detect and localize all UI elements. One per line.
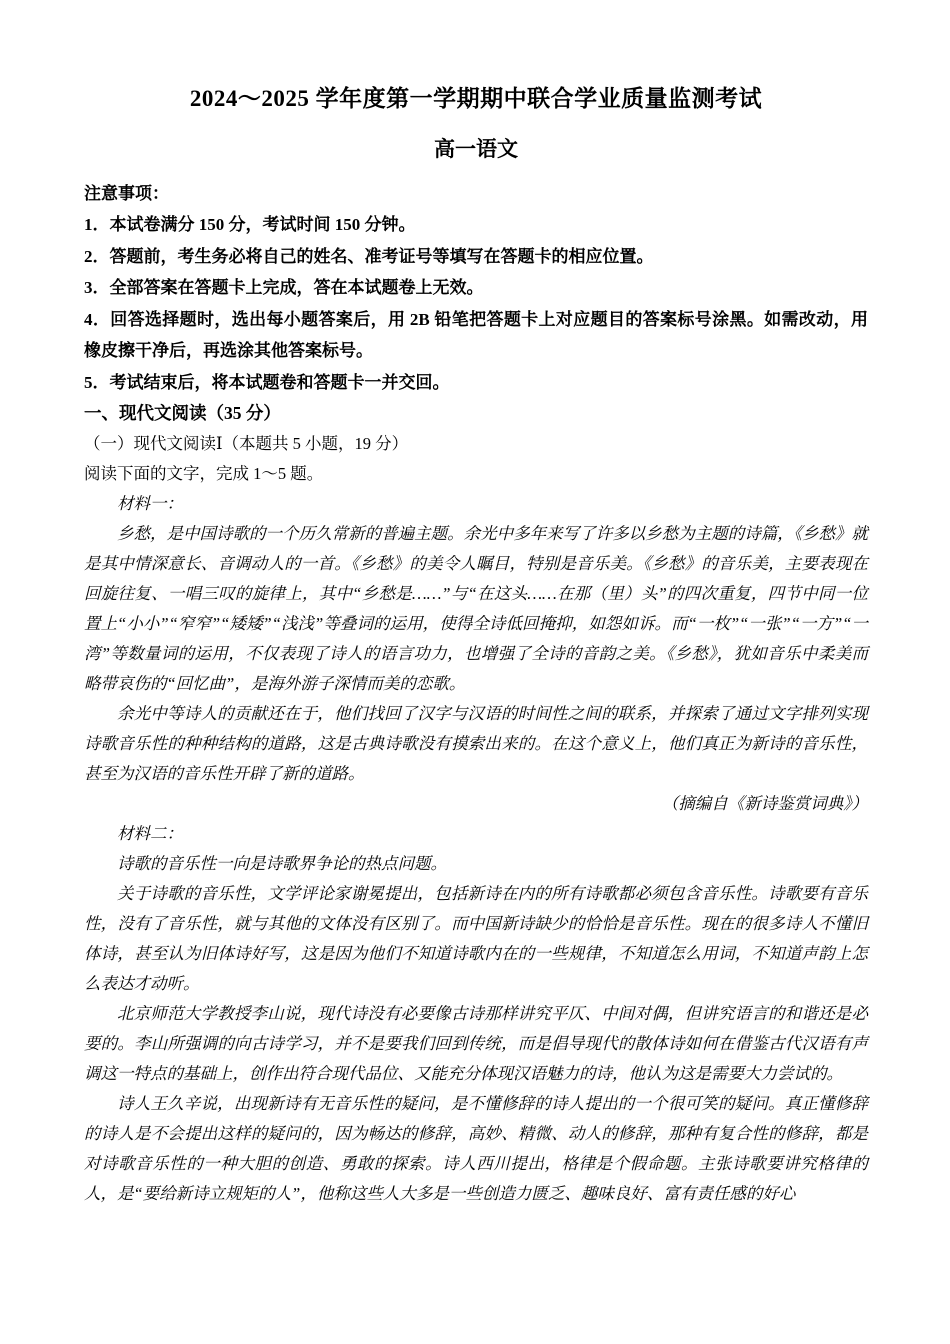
material-2-paragraph: 北京师范大学教授李山说，现代诗没有必要像古诗那样讲究平仄、中间对偶，但讲究语言的… [84, 999, 868, 1089]
notice-item-3: 3．全部答案在答题卡上完成，答在本试题卷上无效。 [84, 272, 868, 304]
notice-item-5: 5．考试结束后，将本试题卷和答题卡一并交回。 [84, 367, 868, 399]
material-2-paragraph: 关于诗歌的音乐性，文学评论家谢冕提出，包括新诗在内的所有诗歌都必须包含音乐性。诗… [84, 879, 868, 999]
notice-item-4: 4．回答选择题时，选出每小题答案后，用 2B 铅笔把答题卡上对应题目的答案标号涂… [84, 304, 868, 367]
material-1-source: （摘编自《新诗鉴赏词典》） [84, 789, 868, 819]
material-1-paragraph: 乡愁，是中国诗歌的一个历久常新的普遍主题。余光中多年来写了许多以乡愁为主题的诗篇… [84, 519, 868, 699]
material-1-paragraph: 余光中等诗人的贡献还在于，他们找回了汉字与汉语的时间性之间的联系，并探索了通过文… [84, 699, 868, 789]
material-2-label: 材料二： [84, 819, 868, 849]
section-modern-reading: 一、现代文阅读（35 分） （一）现代文阅读Ⅰ（本题共 5 小题，19 分） 阅… [84, 398, 868, 489]
material-2-paragraph: 诗人王久辛说，出现新诗有无音乐性的疑问，是不懂修辞的诗人提出的一个很可笑的疑问。… [84, 1089, 868, 1209]
reading-instruction: 阅读下面的文字，完成 1～5 题。 [84, 459, 868, 489]
exam-subject-title: 高一语文 [84, 135, 868, 163]
notice-heading: 注意事项： [84, 178, 868, 209]
exam-paper-page: 2024～2025 学年度第一学期期中联合学业质量监测考试 高一语文 注意事项：… [0, 0, 950, 1344]
notice-item-1: 1．本试卷满分 150 分，考试时间 150 分钟。 [84, 209, 868, 241]
material-2-paragraph: 诗歌的音乐性一向是诗歌界争论的热点问题。 [84, 849, 868, 879]
section-heading: 一、现代文阅读（35 分） [84, 398, 868, 429]
notice-item-2: 2．答题前，考生务必将自己的姓名、准考证号等填写在答题卡的相应位置。 [84, 241, 868, 273]
notice-section: 注意事项： 1．本试卷满分 150 分，考试时间 150 分钟。 2．答题前，考… [84, 178, 868, 398]
material-1-label: 材料一： [84, 489, 868, 519]
exam-title: 2024～2025 学年度第一学期期中联合学业质量监测考试 [84, 84, 868, 114]
subsection-heading: （一）现代文阅读Ⅰ（本题共 5 小题，19 分） [84, 429, 868, 459]
material-2-block: 材料二： 诗歌的音乐性一向是诗歌界争论的热点问题。 关于诗歌的音乐性，文学评论家… [84, 819, 868, 1209]
material-1-block: 材料一： 乡愁，是中国诗歌的一个历久常新的普遍主题。余光中多年来写了许多以乡愁为… [84, 489, 868, 819]
